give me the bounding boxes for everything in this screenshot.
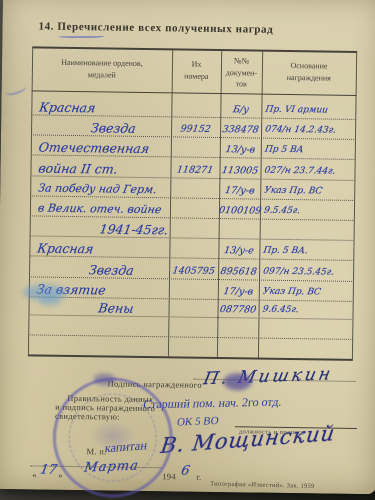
table-row bbox=[28, 334, 353, 359]
doc-number bbox=[217, 356, 258, 357]
year-suffix: г. bbox=[196, 472, 201, 482]
doc-number: 895618 bbox=[217, 265, 260, 279]
award-basis: 074/н 14.2.43г. bbox=[264, 124, 358, 138]
stamp-ink-blot bbox=[223, 373, 251, 390]
award-basis: 027/н 23.7.44г. bbox=[264, 165, 358, 179]
award-name: Красная bbox=[38, 101, 205, 116]
award-name: в Велик. отеч. войне bbox=[37, 202, 204, 217]
certifier-note-handwritten: ОК 5 ВО bbox=[176, 415, 219, 429]
award-number: 118271 bbox=[170, 163, 221, 177]
award-basis: Пр. 5 ВА. bbox=[262, 245, 356, 259]
award-name bbox=[36, 353, 201, 355]
doc-number: 17/у-в bbox=[218, 184, 261, 198]
doc-number: 087780 bbox=[217, 303, 260, 317]
ink-mark bbox=[4, 81, 28, 97]
award-basis: 9.6.45г. bbox=[262, 304, 356, 318]
header-numbers: Их номера bbox=[172, 58, 221, 82]
doc-number: 113005 bbox=[219, 164, 262, 178]
table-header-row: Наименование орденов, медалей Их номера … bbox=[32, 48, 358, 96]
awards-table: Наименование орденов, медалей Их номера … bbox=[28, 46, 357, 361]
award-name: Красная bbox=[36, 242, 203, 257]
print-shop-imprint: Типография «Известий». Зак. 1959 bbox=[210, 480, 315, 490]
round-stamp bbox=[52, 377, 174, 499]
doc-number: 0100109 bbox=[218, 204, 261, 218]
open-quote: « bbox=[32, 469, 37, 479]
award-name: За победу над Герм. bbox=[37, 182, 204, 197]
round-stamp-center bbox=[90, 420, 136, 451]
award-basis: 097/н 23.5.45г. bbox=[262, 266, 356, 280]
award-basis: Указ Пр. ВС bbox=[263, 185, 357, 199]
award-basis bbox=[262, 357, 354, 358]
header-award-name: Наименование орденов, медалей bbox=[34, 56, 170, 81]
document-paper: 14. Перечисление всех полученных наград … bbox=[0, 0, 375, 494]
award-name: Отечественная bbox=[38, 141, 205, 156]
doc-number: 13/у-е bbox=[217, 244, 260, 258]
ink-scribble bbox=[58, 33, 104, 38]
doc-number: Б/у bbox=[219, 103, 262, 117]
stamp-ink-blot bbox=[94, 373, 116, 385]
award-number: 1405795 bbox=[168, 264, 219, 278]
award-basis: Пр 5 ВА bbox=[264, 144, 358, 158]
award-number bbox=[168, 355, 217, 356]
ink-smudge bbox=[39, 296, 61, 306]
header-doc-numbers: №№ докумен- тов bbox=[221, 55, 262, 90]
award-number: 99152 bbox=[170, 122, 221, 136]
doc-number: 13/у-в bbox=[219, 143, 262, 157]
doc-number: 338478 bbox=[219, 123, 262, 137]
award-basis: Пр. VI армии bbox=[264, 104, 358, 118]
year-printed: 194 bbox=[162, 471, 176, 481]
recipient-signature: П. Мишкин bbox=[202, 364, 336, 389]
award-basis: 9.5.45г. bbox=[263, 205, 357, 219]
date-year-handwritten: 6 bbox=[180, 464, 191, 479]
header-basis: Основание награждения bbox=[262, 60, 356, 84]
